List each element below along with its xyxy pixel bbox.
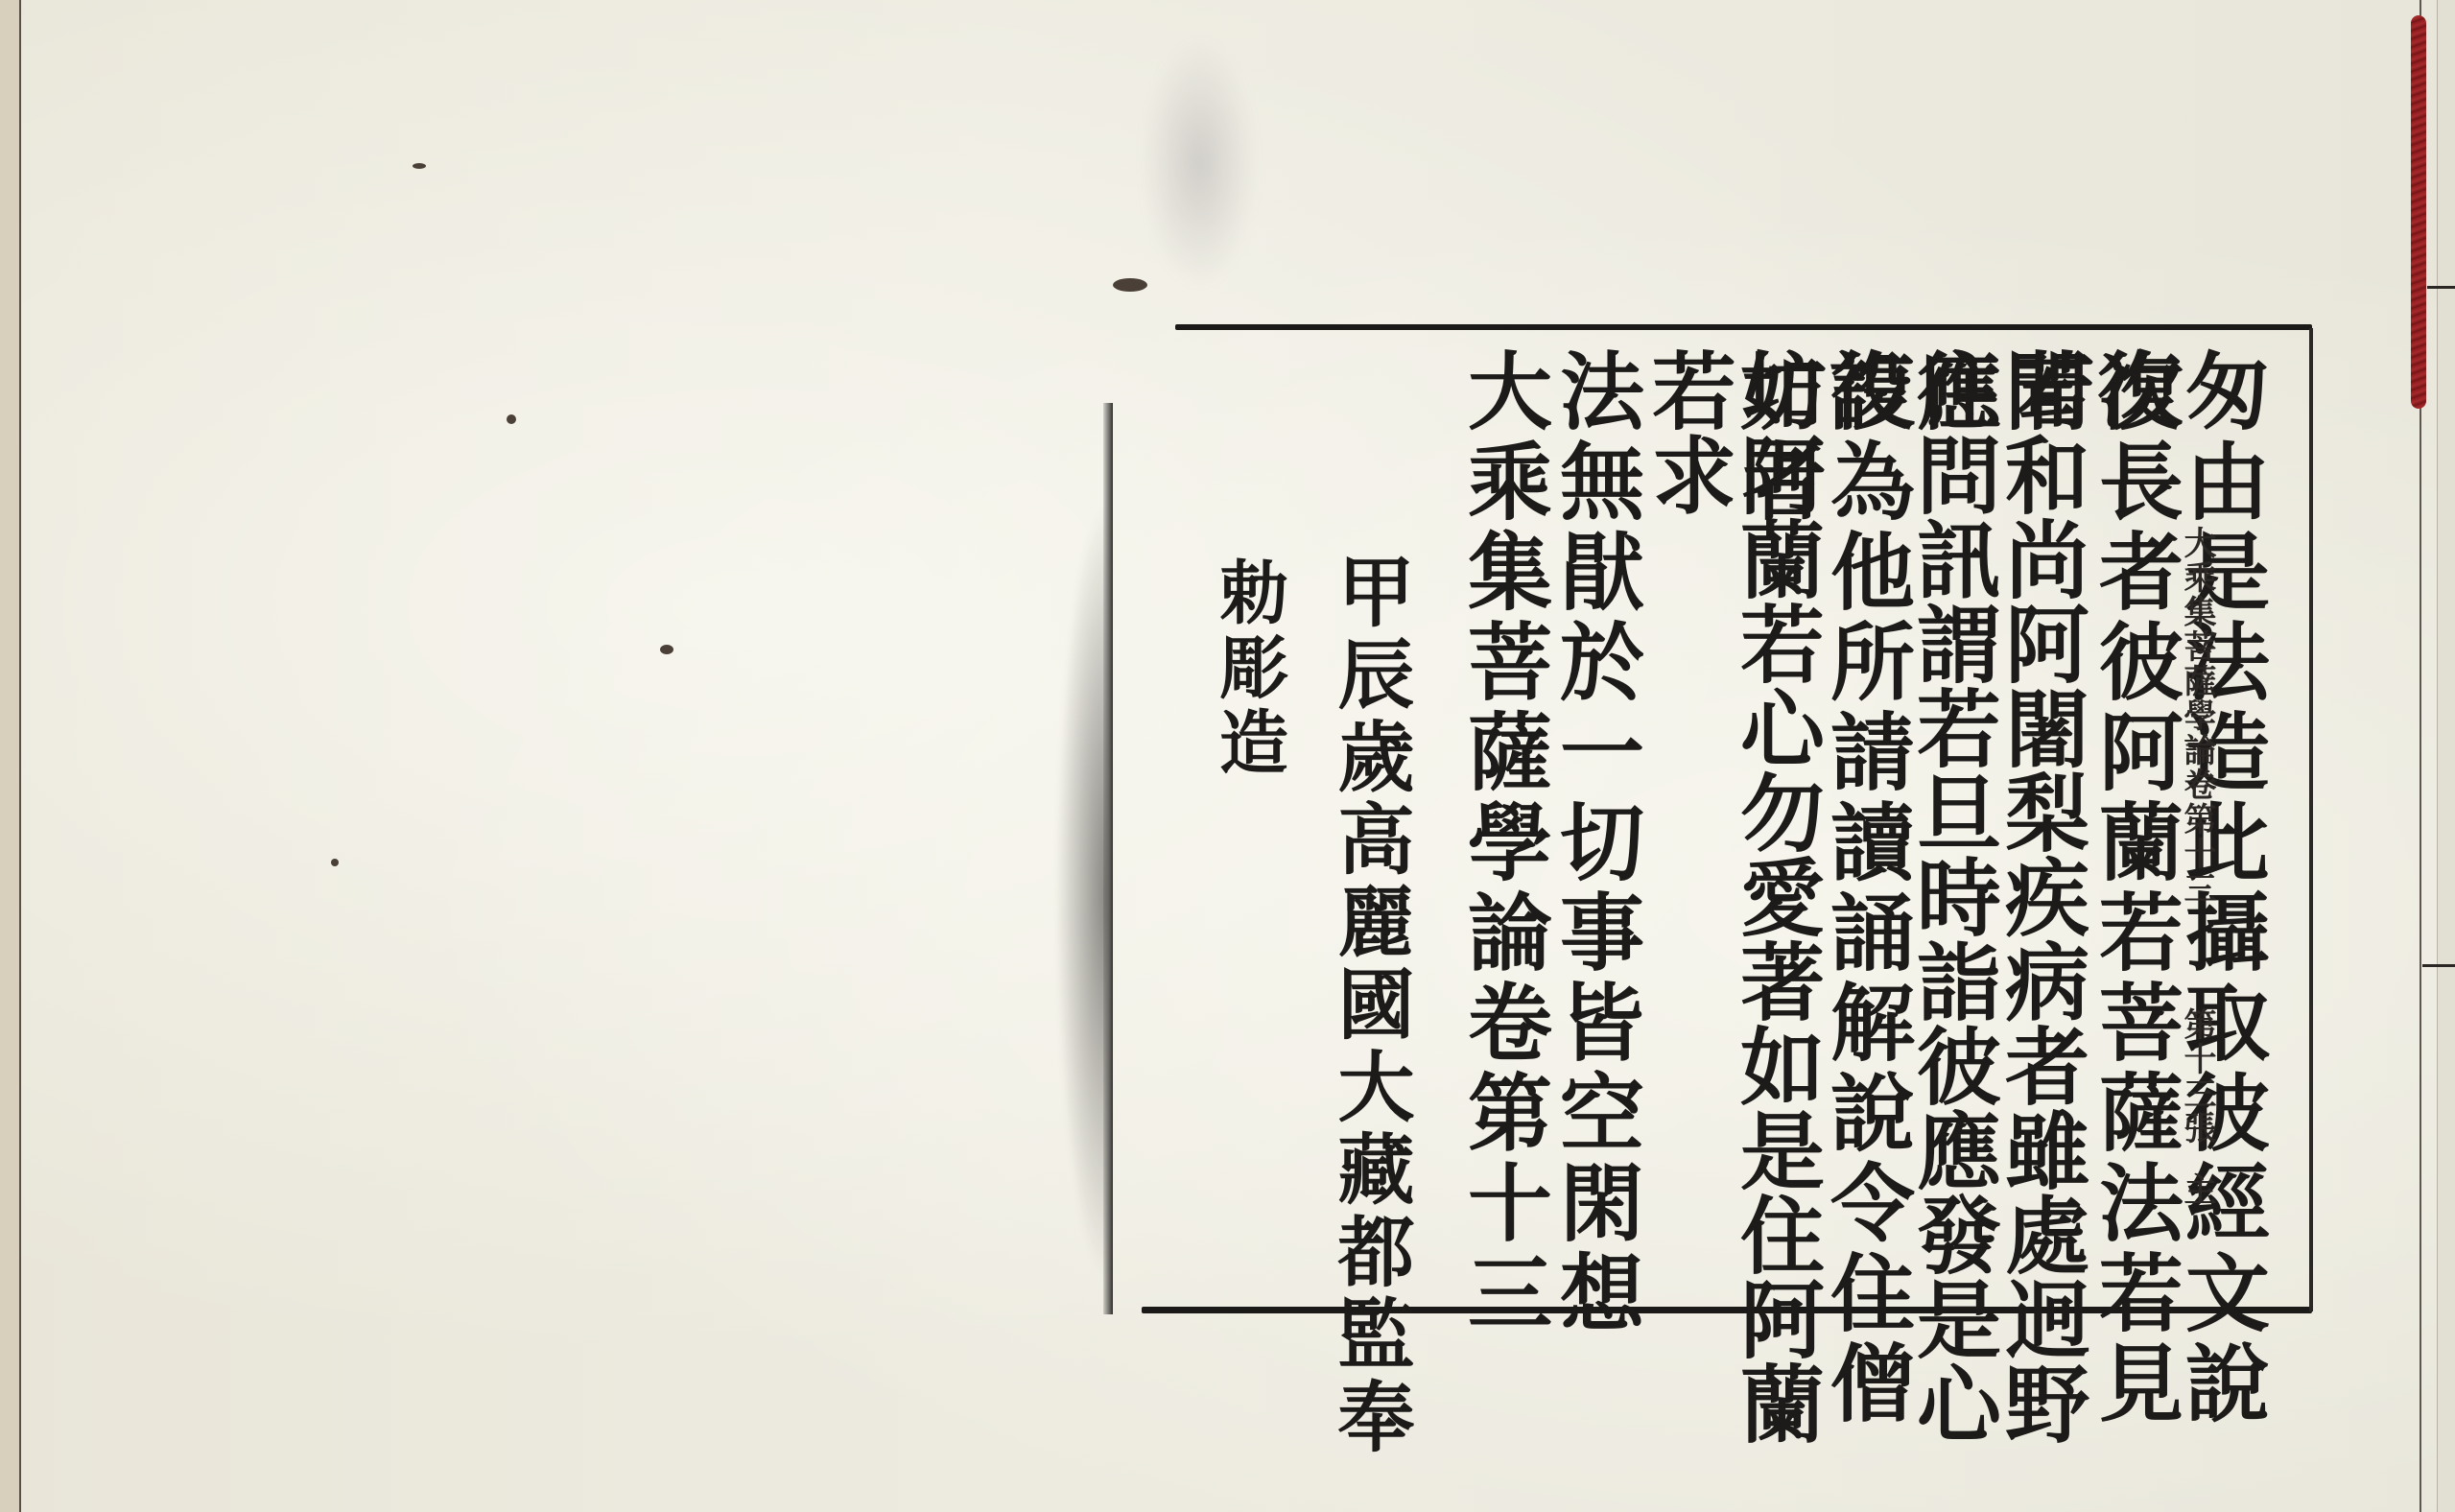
ink-spot (413, 163, 426, 169)
colophon-line-1: 甲辰歲高麗國大藏都監奉 (1329, 552, 1411, 1459)
block-border-top (1175, 324, 2312, 330)
left-page-edge (0, 0, 21, 1512)
ink-spot (507, 414, 516, 424)
ink-smudge (1142, 38, 1257, 288)
adjacent-page-border-bottom (2422, 964, 2455, 967)
block-border-right (2309, 328, 2313, 1311)
sheet-number: 第十三張 (2180, 1007, 2214, 1146)
margin-title: 大乘集菩薩學論卷第十三 (2180, 526, 2214, 906)
block-border-smear (1055, 499, 1108, 1286)
scroll-title-column: 大乘集菩薩學論卷第十三 (1460, 347, 1548, 1339)
text-column-7: 法無猒於一切事皆空閑想 (1552, 347, 1641, 1339)
margin-mark: 主 (2180, 1172, 2214, 1207)
ink-spot (331, 859, 339, 866)
text-column-6: 如阿蘭若心勿愛著如是住阿蘭若求 (1644, 347, 1821, 1512)
ink-spot (1113, 278, 1147, 292)
colophon-line-2: 勅彫造 (1211, 556, 1286, 781)
block-border-left (1103, 403, 1113, 1314)
ink-spot (660, 645, 673, 654)
adjacent-page-border-top (2427, 286, 2455, 289)
adjacent-page-edge (2437, 0, 2455, 1512)
binding-thread (2411, 15, 2426, 409)
